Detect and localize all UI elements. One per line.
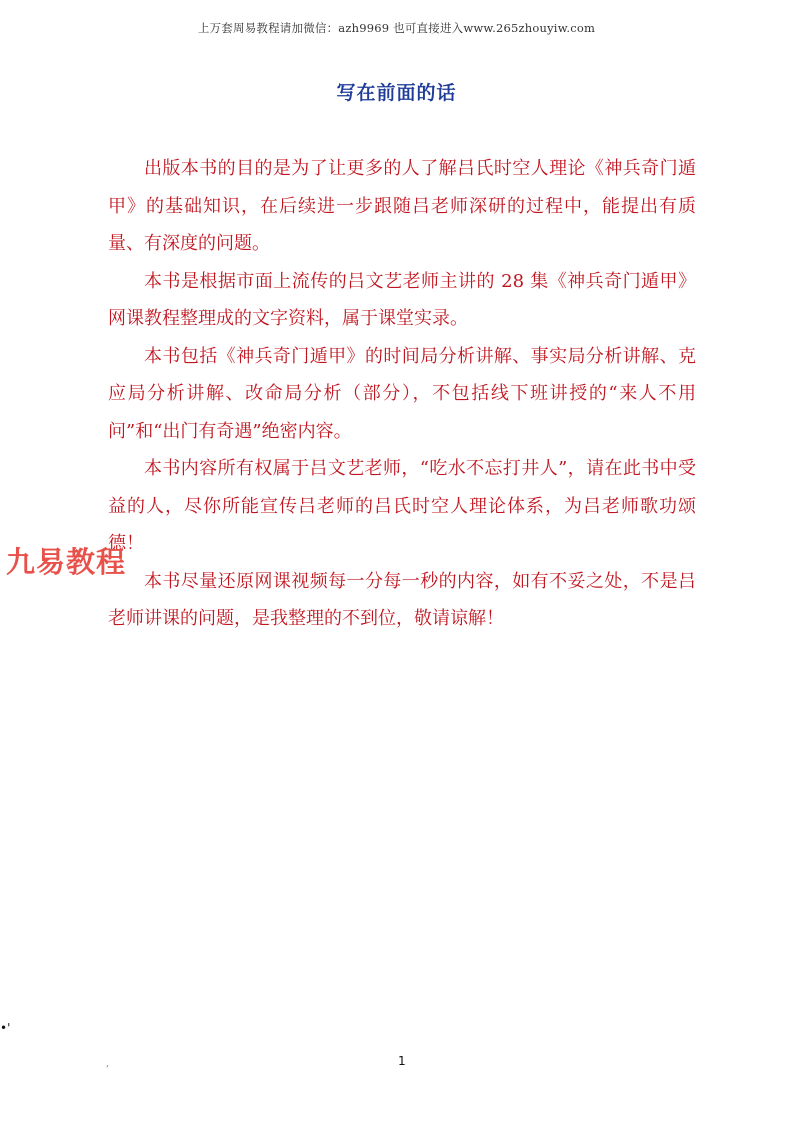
- watermark-logo: 九易教程: [6, 540, 126, 581]
- footer-mark: ,: [106, 1058, 109, 1069]
- document-body: 出版本书的目的是为了让更多的人了解吕氏时空人理论《神兵奇门遁甲》的基础知识，在后…: [108, 150, 696, 638]
- paragraph-disclaimer: 本书尽量还原网课视频每一分每一秒的内容，如有不妥之处，不是吕老师讲课的问题，是我…: [108, 563, 696, 638]
- scan-specks: •': [0, 1021, 10, 1035]
- header-promo-note: 上万套周易教程请加微信：azh9969 也可直接进入www.265zhouyiw…: [0, 20, 793, 36]
- page-title: 写在前面的话: [0, 78, 793, 105]
- paragraph-ownership: 本书内容所有权属于吕文艺老师，“吃水不忘打井人”，请在此书中受益的人，尽你所能宣…: [108, 450, 696, 563]
- paragraph-purpose: 出版本书的目的是为了让更多的人了解吕氏时空人理论《神兵奇门遁甲》的基础知识，在后…: [108, 150, 696, 263]
- paragraph-scope: 本书包括《神兵奇门遁甲》的时间局分析讲解、事实局分析讲解、克应局分析讲解、改命局…: [108, 338, 696, 451]
- page-number: 1: [398, 1054, 406, 1068]
- paragraph-source: 本书是根据市面上流传的吕文艺老师主讲的 28 集《神兵奇门遁甲》网课教程整理成的…: [108, 263, 696, 338]
